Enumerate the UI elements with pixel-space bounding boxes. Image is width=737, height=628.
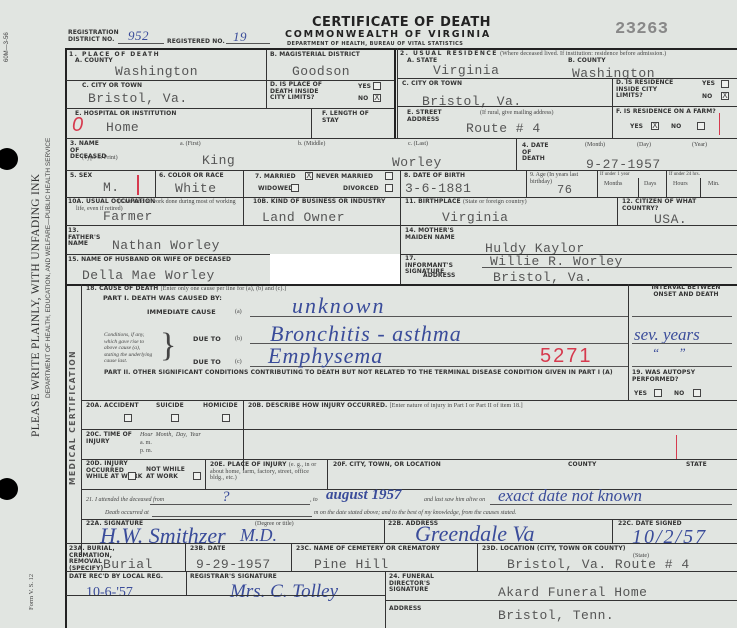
middle-name-label: b. (Middle) [298, 141, 325, 148]
business: Land Owner [262, 210, 345, 225]
date-of-birth: 3-6-1881 [405, 181, 471, 196]
mother-label: 14. Mother's Maiden Name [405, 228, 455, 241]
death-city: Bristol, Va. [88, 91, 188, 106]
death-occurred-label: Death occurred at [105, 510, 149, 517]
day-label: (Day) [637, 142, 651, 149]
form-code-bottom: Form V. S. 12 [28, 574, 35, 610]
sex-label: 5. Sex [70, 173, 92, 180]
at-work-checkbox[interactable] [128, 472, 136, 480]
widowed-checkbox[interactable] [291, 184, 299, 192]
registrar-signature: Mrs. C. Tolley [230, 581, 338, 603]
registrar-signature-label: Registrar's Signature [190, 574, 277, 581]
occupation-note: (Give kind of work done during most of w… [76, 199, 246, 212]
due-to-c: Emphysema [268, 343, 383, 369]
due-to-c-letter: (c) [235, 359, 242, 366]
certificate-department: Department of Health, Bureau of Vital St… [287, 41, 463, 47]
city-label: c. City or Town [82, 83, 142, 90]
residence-inside-city-label: d. Is residence inside city limits? [616, 80, 676, 100]
interval-label: Interval between onset and death [640, 285, 732, 298]
margin-instruction: PLEASE WRITE PLAINLY, WITH UNFADING INK [30, 174, 42, 437]
autopsy-no-checkbox[interactable] [693, 389, 701, 397]
deceased-last-name: Worley [392, 155, 442, 170]
residence-inside-yes-checkbox[interactable] [721, 80, 729, 88]
inside-city-no-label: NO [358, 96, 368, 103]
burial-method: Burial [103, 557, 153, 572]
burial-location-label: 23d. Location (City, town or county) [482, 546, 626, 553]
age: 76 [557, 183, 572, 197]
attended-to: august 1957 [326, 487, 401, 504]
margin-department: DEPARTMENT OF HEALTH, EDUCATION, AND WEL… [45, 138, 52, 398]
inside-city-no-checkbox[interactable]: X [373, 94, 381, 102]
time-fields: Hour Month, Day, Year [140, 432, 201, 439]
place-of-injury-label: 20e. Place of Injury (e. g., in or about… [210, 462, 320, 482]
redacted-region [270, 254, 401, 284]
divorced-label: Divorced [343, 186, 379, 193]
business-label: 10b. Kind of Business or Industry [253, 199, 385, 206]
pm-label: p. m. [140, 448, 152, 455]
not-at-work-label: Not while at work [146, 467, 188, 480]
county-label: a. County [75, 58, 113, 65]
last-name-label: c. (Last) [408, 141, 428, 148]
inside-city-label: d. Is place of death inside city limits? [270, 82, 330, 102]
spouse-name: Della Mae Worley [82, 268, 215, 283]
residence-county-label: b. County [568, 58, 606, 65]
deceased-name-note: (Type or Print) [82, 155, 118, 162]
conditions-brace: } [160, 330, 176, 362]
residence-city-label: c. City or Town [402, 81, 462, 88]
farm-label: f. Is residence on a farm? [616, 109, 716, 116]
birthplace: Virginia [442, 210, 508, 225]
residence-inside-no-checkbox[interactable]: X [721, 92, 729, 100]
farm-yes-checkbox[interactable]: X [651, 122, 659, 130]
farm-yes-label: YES [630, 124, 643, 131]
autopsy-label: 19. Was autopsy performed? [632, 370, 732, 383]
certificate-number: 23263 [615, 20, 669, 39]
immediate-cause: unknown [292, 293, 385, 319]
part1-label: Part I. Death was caused by: [103, 295, 222, 302]
immediate-cause-label: Immediate Cause [147, 309, 216, 316]
usual-residence-label: 2. Usual Residence (Where deceased lived… [400, 51, 666, 58]
binder-hole-top [0, 148, 18, 170]
last-seen: exact date not known [498, 486, 642, 506]
father-name: Nathan Worley [112, 238, 220, 253]
conditions-note: Conditions, if any, which gave rise to a… [104, 332, 154, 365]
burial-date: 9-29-1957 [196, 557, 271, 572]
hours-label: Hours [673, 181, 688, 188]
father-label: 13. Father's Name [68, 228, 98, 248]
date-of-death-label: 4. Date of Death [522, 143, 552, 163]
injury-city-label: 20f. City, Town, or Location [333, 462, 441, 469]
suicide-checkbox[interactable] [171, 414, 179, 422]
min-label: Min. [708, 181, 720, 188]
time-of-injury-label: 20c. Time of Injury [86, 432, 136, 445]
registered-no-label: Registered No. [167, 39, 225, 46]
hospital-label: e. Hospital or Institution [75, 111, 176, 118]
funeral-address-label: Address [389, 606, 421, 613]
funeral-address: Bristol, Tenn. [498, 608, 614, 623]
color-race: White [175, 181, 217, 196]
never-married-checkbox[interactable] [385, 172, 393, 180]
to-label: , to [310, 497, 318, 504]
due-to-b-letter: (b) [235, 336, 242, 343]
dob-label: 8. Date of Birth [404, 173, 465, 180]
red-tick-mark [719, 113, 720, 135]
widowed-label: Widowed [258, 186, 293, 193]
color-label: 6. Color or Race [159, 173, 224, 180]
interval-c: “ ” [652, 345, 694, 361]
red-tick-sex [137, 175, 139, 195]
suicide-label: Suicide [156, 403, 184, 410]
autopsy-yes-checkbox[interactable] [654, 389, 662, 397]
occupation: Farmer [103, 209, 153, 224]
due-to-c-label: Due to [193, 359, 221, 366]
disease-code: 5271 [540, 345, 593, 368]
first-name-label: a. (First) [180, 141, 201, 148]
days-label: Days [644, 181, 656, 188]
divorced-checkbox[interactable] [385, 184, 393, 192]
certificate-subtitle: Commonwealth of Virginia [285, 29, 491, 40]
street-label: e. Street Address [407, 110, 447, 123]
cause-label: 18. Cause of Death [Enter only one cause… [86, 286, 286, 293]
injury-state-label: State [686, 462, 707, 469]
informant-address-label: Address [423, 273, 455, 280]
magisterial-district: Goodson [292, 64, 350, 79]
burial-location: Bristol, Va. Route # 4 [507, 557, 690, 572]
never-married-label: Never Married [316, 174, 373, 181]
part2-label: Part II. Other significant conditions co… [104, 370, 629, 377]
month-label: (Month) [585, 142, 605, 149]
hospital-red-mark: 0 [72, 114, 83, 137]
residence-state: Virginia [433, 63, 499, 78]
not-at-work-checkbox[interactable] [193, 472, 201, 480]
under-year-label: If under 1 year [600, 172, 630, 179]
length-of-stay-label: f. Length of Stay [322, 111, 372, 124]
inside-city-yes-label: YES [358, 84, 371, 91]
married-label: 7. Married [255, 174, 296, 181]
deceased-first-name: King [202, 153, 235, 168]
residence-street: Route # 4 [466, 121, 541, 136]
funeral-director: Akard Funeral Home [498, 585, 647, 600]
spouse-label: 15. Name of Husband or Wife of Deceased [68, 257, 231, 264]
death-certificate: 60M—3-56 PLEASE WRITE PLAINLY, WITH UNFA… [0, 0, 737, 628]
medical-certification-label: MEDICAL CERTIFICATION [68, 350, 77, 485]
am-label: a. m. [140, 440, 152, 447]
autopsy-no-label: NO [674, 391, 684, 398]
residence-inside-yes-label: YES [702, 81, 715, 88]
accident-label: 20a. Accident [86, 403, 139, 410]
autopsy-yes-label: YES [634, 391, 647, 398]
attended-from: ? [222, 489, 230, 506]
registration-district-label: Registration District No. [68, 30, 118, 43]
interval-b: sev. years [634, 325, 700, 345]
farm-no-label: NO [671, 124, 681, 131]
death-occurred-tail: m on the date stated above; and to the b… [314, 510, 516, 517]
attended-label: 21. I attended the deceased from [86, 497, 164, 504]
death-hospital: Home [106, 120, 139, 135]
magisterial-label: b. Magisterial District [270, 52, 360, 59]
cemetery: Pine Hill [314, 557, 389, 572]
homicide-label: Homicide [203, 403, 238, 410]
binder-hole-bottom [0, 478, 18, 500]
farm-no-checkbox[interactable] [697, 122, 705, 130]
under-day-label: If under 24 hrs. [669, 172, 700, 179]
red-tick-injury [676, 435, 677, 460]
due-to-b-label: Due to [193, 336, 221, 343]
street-note: (If rural, give mailing address) [480, 110, 553, 117]
accident-checkbox[interactable] [124, 414, 132, 422]
sex: M. [103, 180, 120, 195]
year-label: (Year) [692, 142, 707, 149]
homicide-checkbox[interactable] [222, 414, 230, 422]
residence-inside-no-label: NO [702, 94, 712, 101]
date-signed: 10/2/57 [632, 526, 707, 549]
certificate-title: Certificate of Death [312, 15, 491, 30]
months-label: Months [604, 181, 622, 188]
date-received-label: Date Rec'd by Local Reg. [69, 574, 163, 581]
form-code-top: 60M—3-56 [4, 32, 10, 62]
cemetery-label: 23c. Name of Cemetery or Crematory [296, 546, 440, 553]
registration-district-value: 952 [128, 28, 149, 44]
inside-city-yes-checkbox[interactable] [373, 82, 381, 90]
injury-county-label: County [568, 462, 596, 469]
describe-injury-label: 20b. Describe how injury occurred. [Ente… [248, 403, 523, 410]
burial-date-label: 23b. Date [190, 546, 226, 553]
last-seen-label: and last saw him alive on [424, 497, 485, 504]
death-county: Washington [115, 64, 198, 79]
married-checkbox[interactable]: X [305, 172, 313, 180]
birthplace-label: 11. Birthplace (State or foreign country… [405, 199, 527, 206]
informant-address: Bristol, Va. [493, 270, 593, 285]
citizen-label: 12. Citizen of what country? [622, 199, 702, 212]
funeral-director-label: 24. Funeral Director's Signature [389, 574, 469, 594]
immediate-letter: (a) [235, 309, 242, 316]
date-received: 10-6-'57 [86, 585, 133, 601]
